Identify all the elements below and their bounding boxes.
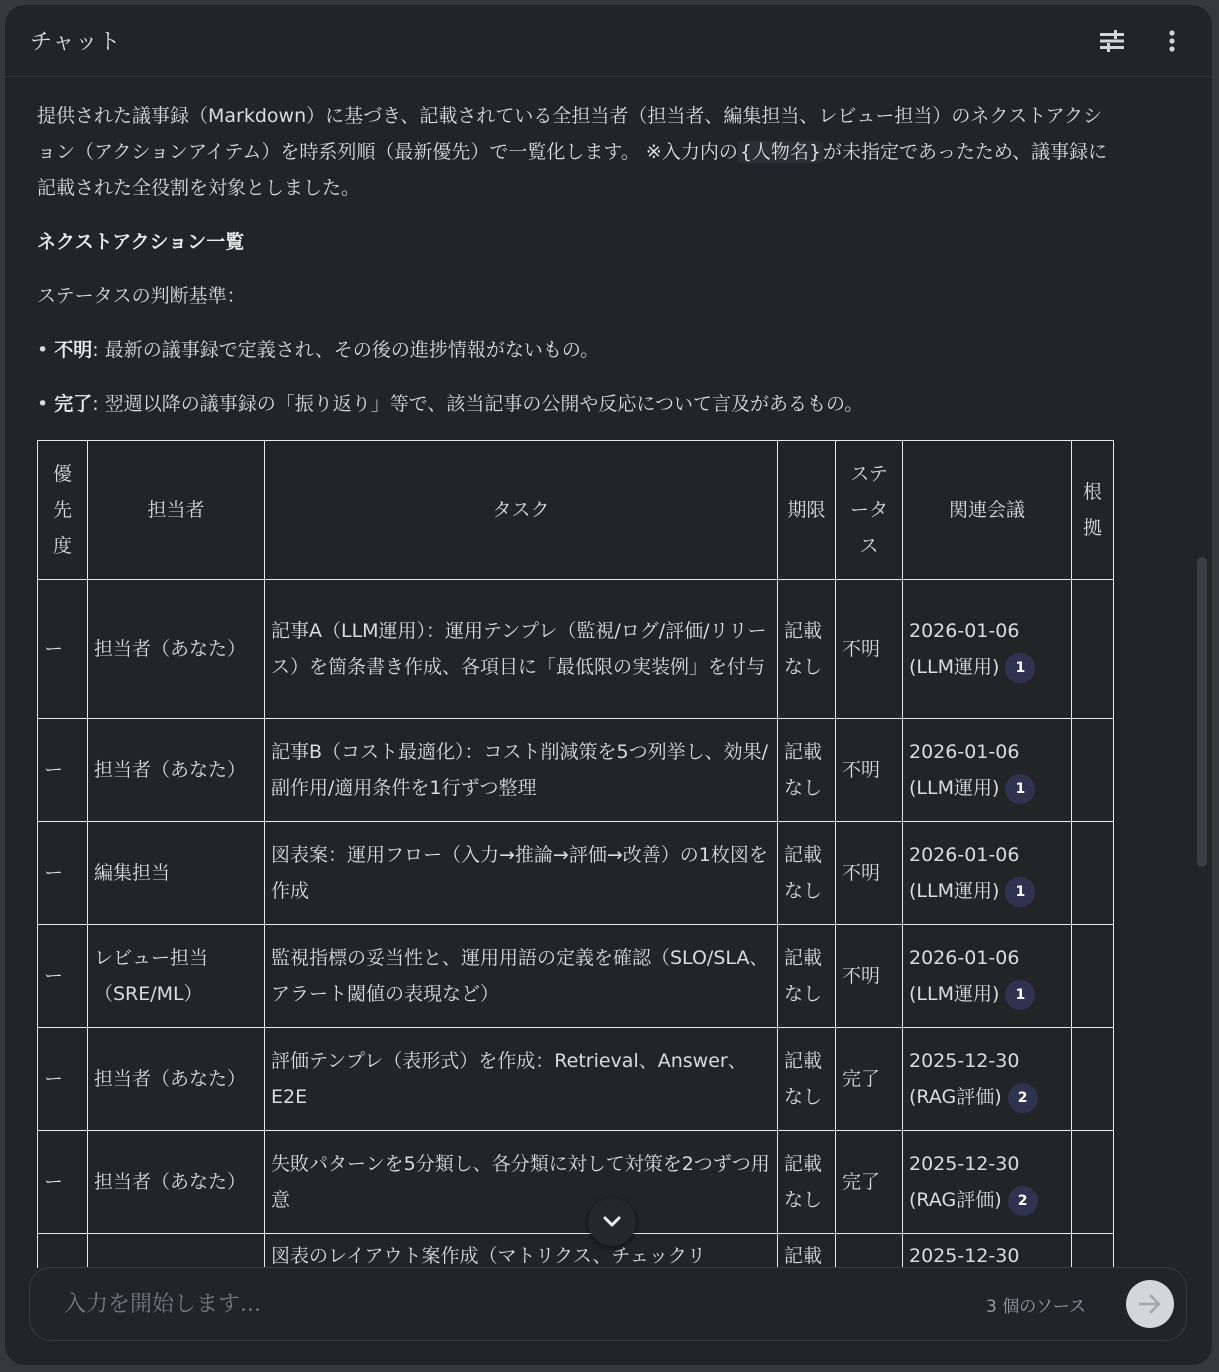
criteria-item-done: • 完了: 翌週以降の議事録の「振り返り」等で、該当記事の公開や反応について言及… xyxy=(37,386,1117,422)
cell-evidence xyxy=(1072,925,1114,1028)
chat-composer: 3 個のソース xyxy=(29,1267,1187,1341)
chat-input[interactable] xyxy=(64,1268,964,1340)
bullet: • xyxy=(37,393,54,415)
cell-due: 記載なし xyxy=(778,1131,836,1234)
chat-panel: チャット 提供された議事 xyxy=(5,5,1212,1365)
cell-owner xyxy=(88,1234,265,1269)
criteria-term: 不明 xyxy=(54,339,92,361)
send-button[interactable] xyxy=(1126,1280,1174,1328)
scrollbar-thumb[interactable] xyxy=(1197,557,1207,867)
cell-status: 不明 xyxy=(836,925,903,1028)
panel-title: チャット xyxy=(30,25,121,56)
cell-evidence xyxy=(1072,1028,1114,1131)
header-due: 期限 xyxy=(778,441,836,580)
meeting-name: (RAG評価) xyxy=(909,1086,1002,1108)
cell-task: 記事B（コスト最適化）：コスト削減策を5つ列挙し、効果/副作用/適用条件を1行ず… xyxy=(265,719,778,822)
cell-priority: ー xyxy=(38,822,88,925)
cell-task: 図表案：運用フロー（入力→推論→評価→改善）の1枚図を作成 xyxy=(265,822,778,925)
table-row: 図表のレイアウト案作成（マトリクス、チェックリ 記載 2025-12-30 xyxy=(38,1234,1114,1269)
cell-meeting: 2026-01-06(LLM運用)1 xyxy=(903,822,1072,925)
table-row: ー レビュー担当（SRE/ML） 監視指標の妥当性と、運用用語の定義を確認（SL… xyxy=(38,925,1114,1028)
cell-due: 記載なし xyxy=(778,822,836,925)
table-row: ー 担当者（あなた） 記事A（LLM運用）：運用テンプレ（監視/ログ/評価/リリ… xyxy=(38,580,1114,719)
cell-meeting: 2025-12-30(RAG評価)2 xyxy=(903,1028,1072,1131)
header-evidence: 根拠 xyxy=(1072,441,1114,580)
cell-meeting: 2026-01-06(LLM運用)1 xyxy=(903,719,1072,822)
header-status: ステータス xyxy=(836,441,903,580)
tune-icon xyxy=(1099,29,1125,53)
cell-meeting: 2025-12-30(RAG評価)2 xyxy=(903,1131,1072,1234)
header-task: タスク xyxy=(265,441,778,580)
cell-status: 完了 xyxy=(836,1131,903,1234)
cell-owner: 担当者（あなた） xyxy=(88,1028,265,1131)
table-row: ー 担当者（あなた） 記事B（コスト最適化）：コスト削減策を5つ列挙し、効果/副… xyxy=(38,719,1114,822)
cell-priority: ー xyxy=(38,1028,88,1131)
sources-count[interactable]: 3 個のソース xyxy=(986,1292,1086,1317)
cell-task: 記事A（LLM運用）：運用テンプレ（監視/ログ/評価/リリース）を箇条書き作成、… xyxy=(265,580,778,719)
citation-badge[interactable]: 2 xyxy=(1008,1186,1038,1216)
cell-priority: ー xyxy=(38,925,88,1028)
cell-owner: 担当者（あなた） xyxy=(88,1131,265,1234)
cell-due: 記載なし xyxy=(778,719,836,822)
chevron-down-icon xyxy=(602,1215,622,1229)
citation-badge[interactable]: 1 xyxy=(1005,653,1035,683)
cell-priority: ー xyxy=(38,719,88,822)
cell-evidence xyxy=(1072,580,1114,719)
citation-badge[interactable]: 1 xyxy=(1005,980,1035,1010)
arrow-forward-icon xyxy=(1137,1291,1163,1317)
meeting-name: (LLM運用) xyxy=(909,656,999,678)
header-meeting: 関連会議 xyxy=(903,441,1072,580)
cell-meeting: 2025-12-30 xyxy=(903,1234,1072,1269)
meeting-name: (LLM運用) xyxy=(909,777,999,799)
chat-header: チャット xyxy=(5,5,1212,77)
inline-code: {人物名} xyxy=(738,141,823,163)
cell-due: 記載なし xyxy=(778,925,836,1028)
criteria-item-unknown: • 不明: 最新の議事録で定義され、その後の進捗情報がないもの。 xyxy=(37,332,1117,368)
tune-settings-button[interactable] xyxy=(1094,23,1130,59)
criteria-label: ステータスの判断基準： xyxy=(37,278,1117,314)
chat-scroll-area[interactable]: 提供された議事録（Markdown）に基づき、記載されている全担当者（担当者、編… xyxy=(5,78,1212,1268)
table-row: ー 担当者（あなた） 評価テンプレ（表形式）を作成：Retrieval、Answ… xyxy=(38,1028,1114,1131)
criteria-desc: : 翌週以降の議事録の「振り返り」等で、該当記事の公開や反応について言及があるも… xyxy=(92,393,863,415)
intro-paragraph: 提供された議事録（Markdown）に基づき、記載されている全担当者（担当者、編… xyxy=(37,98,1117,206)
cell-evidence xyxy=(1072,1131,1114,1234)
header-owner: 担当者 xyxy=(88,441,265,580)
meeting-name: (LLM運用) xyxy=(909,880,999,902)
cell-task: 失敗パターンを5分類し、各分類に対して対策を2つずつ用意 xyxy=(265,1131,778,1234)
criteria-term: 完了 xyxy=(54,393,92,415)
cell-status: 完了 xyxy=(836,1028,903,1131)
cell-priority xyxy=(38,1234,88,1269)
meeting-date: 2026-01-06 xyxy=(909,947,1019,969)
cell-status: 不明 xyxy=(836,719,903,822)
cell-status: 不明 xyxy=(836,580,903,719)
cell-owner: 担当者（あなた） xyxy=(88,580,265,719)
cell-task: 図表のレイアウト案作成（マトリクス、チェックリ xyxy=(265,1234,778,1269)
cell-priority: ー xyxy=(38,1131,88,1234)
cell-evidence xyxy=(1072,719,1114,822)
cell-due: 記載 xyxy=(778,1234,836,1269)
section-title: ネクストアクション一覧 xyxy=(37,224,1117,260)
more-vert-icon xyxy=(1168,29,1176,53)
cell-due: 記載なし xyxy=(778,580,836,719)
cell-due: 記載なし xyxy=(778,1028,836,1131)
cell-priority: ー xyxy=(38,580,88,719)
meeting-name: (RAG評価) xyxy=(909,1189,1002,1211)
citation-badge[interactable]: 1 xyxy=(1005,774,1035,804)
scroll-to-bottom-button[interactable] xyxy=(588,1198,636,1246)
assistant-message: 提供された議事録（Markdown）に基づき、記載されている全担当者（担当者、編… xyxy=(37,98,1117,1268)
cell-meeting: 2026-01-06(LLM運用)1 xyxy=(903,925,1072,1028)
table-header-row: 優先度 担当者 タスク 期限 ステータス 関連会議 根拠 xyxy=(38,441,1114,580)
cell-owner: レビュー担当（SRE/ML） xyxy=(88,925,265,1028)
cell-status xyxy=(836,1234,903,1269)
cell-meeting: 2026-01-06(LLM運用)1 xyxy=(903,580,1072,719)
meeting-date: 2026-01-06 xyxy=(909,620,1019,642)
citation-badge[interactable]: 2 xyxy=(1008,1083,1038,1113)
table-row: ー 編集担当 図表案：運用フロー（入力→推論→評価→改善）の1枚図を作成 記載な… xyxy=(38,822,1114,925)
meeting-name: (LLM運用) xyxy=(909,983,999,1005)
meeting-date: 2026-01-06 xyxy=(909,741,1019,763)
meeting-date: 2025-12-30 xyxy=(909,1050,1019,1072)
criteria-desc: : 最新の議事録で定義され、その後の進捗情報がないもの。 xyxy=(92,339,599,361)
meeting-date: 2026-01-06 xyxy=(909,844,1019,866)
cell-evidence xyxy=(1072,822,1114,925)
cell-status: 不明 xyxy=(836,822,903,925)
table-row: ー 担当者（あなた） 失敗パターンを5分類し、各分類に対して対策を2つずつ用意 … xyxy=(38,1131,1114,1234)
more-options-button[interactable] xyxy=(1154,23,1190,59)
citation-badge[interactable]: 1 xyxy=(1005,877,1035,907)
next-actions-table: 優先度 担当者 タスク 期限 ステータス 関連会議 根拠 ー 担当者（あなた） … xyxy=(37,440,1114,1268)
bullet: • xyxy=(37,339,54,361)
meeting-date: 2025-12-30 xyxy=(909,1153,1019,1175)
cell-owner: 編集担当 xyxy=(88,822,265,925)
cell-evidence xyxy=(1072,1234,1114,1269)
cell-task: 監視指標の妥当性と、運用用語の定義を確認（SLO/SLA、アラート閾値の表現など… xyxy=(265,925,778,1028)
cell-owner: 担当者（あなた） xyxy=(88,719,265,822)
cell-task: 評価テンプレ（表形式）を作成：Retrieval、Answer、E2E xyxy=(265,1028,778,1131)
header-priority: 優先度 xyxy=(38,441,88,580)
